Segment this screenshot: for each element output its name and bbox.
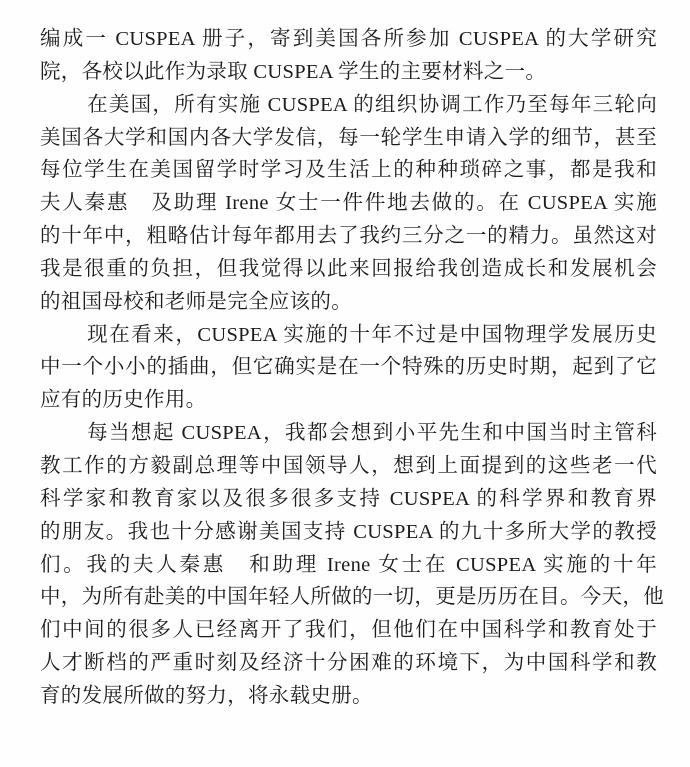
text-line: 的十年中，粗略估计每年都用去了我约三分之一的精力。虽然这对 bbox=[40, 220, 657, 253]
text-line: 美国各大学和国内各大学发信，每一轮学生申请入学的细节，甚至 bbox=[40, 122, 657, 155]
text-block: 编成一 CUSPEA 册子，寄到美国各所参加 CUSPEA 的大学研究 院，各校… bbox=[40, 23, 657, 713]
text-line: 的祖国母校和老师是完全应该的。 bbox=[40, 286, 657, 319]
text-line: 中，为所有赴美的中国年轻人所做的一切，更是历历在目。今天，他 bbox=[40, 581, 657, 614]
text-line: 中一个小小的插曲，但它确实是在一个特殊的历史时期，起到了它 bbox=[40, 351, 657, 384]
text-line: 在美国，所有实施 CUSPEA 的组织协调工作乃至每年三轮向 bbox=[40, 89, 657, 122]
paragraph-4: 每当想起 CUSPEA，我都会想到小平先生和中国当时主管科 教工作的方毅副总理等… bbox=[40, 417, 657, 713]
text-line: 科学家和教育家以及很多很多支持 CUSPEA 的科学界和教育界 bbox=[40, 483, 657, 516]
text-line: 院，各校以此作为录取 CUSPEA 学生的主要材料之一。 bbox=[40, 56, 657, 89]
text-line: 每位学生在美国留学时学习及生活上的种种琐碎之事，都是我和 bbox=[40, 154, 657, 187]
paragraph-2: 在美国，所有实施 CUSPEA 的组织协调工作乃至每年三轮向 美国各大学和国内各… bbox=[40, 89, 657, 319]
text-line: 们中间的很多人已经离开了我们，但他们在中国科学和教育处于 bbox=[40, 614, 657, 647]
paragraph-1: 编成一 CUSPEA 册子，寄到美国各所参加 CUSPEA 的大学研究 院，各校… bbox=[40, 23, 657, 89]
paragraph-3: 现在看来，CUSPEA 实施的十年不过是中国物理学发展历史 中一个小小的插曲，但… bbox=[40, 319, 657, 418]
text-line: 育的发展所做的努力，将永载史册。 bbox=[40, 680, 657, 713]
text-line: 的朋友。我也十分感谢美国支持 CUSPEA 的九十多所大学的教授 bbox=[40, 516, 657, 549]
text-line: 每当想起 CUSPEA，我都会想到小平先生和中国当时主管科 bbox=[40, 417, 657, 450]
text-line: 教工作的方毅副总理等中国领导人，想到上面提到的这些老一代 bbox=[40, 450, 657, 483]
text-line: 夫人秦惠 及助理 Irene 女士一件件地去做的。在 CUSPEA 实施 bbox=[40, 187, 657, 220]
text-line: 们。我的夫人秦惠 和助理 Irene 女士在 CUSPEA 实施的十年 bbox=[40, 549, 657, 582]
text-line: 应有的历史作用。 bbox=[40, 384, 657, 417]
text-line: 人才断档的严重时刻及经济十分困难的环境下，为中国科学和教 bbox=[40, 647, 657, 680]
text-line: 现在看来，CUSPEA 实施的十年不过是中国物理学发展历史 bbox=[40, 319, 657, 352]
text-line: 编成一 CUSPEA 册子，寄到美国各所参加 CUSPEA 的大学研究 bbox=[40, 23, 657, 56]
text-line: 我是很重的负担，但我觉得以此来回报给我创造成长和发展机会 bbox=[40, 253, 657, 286]
book-page: 编成一 CUSPEA 册子，寄到美国各所参加 CUSPEA 的大学研究 院，各校… bbox=[0, 0, 690, 767]
